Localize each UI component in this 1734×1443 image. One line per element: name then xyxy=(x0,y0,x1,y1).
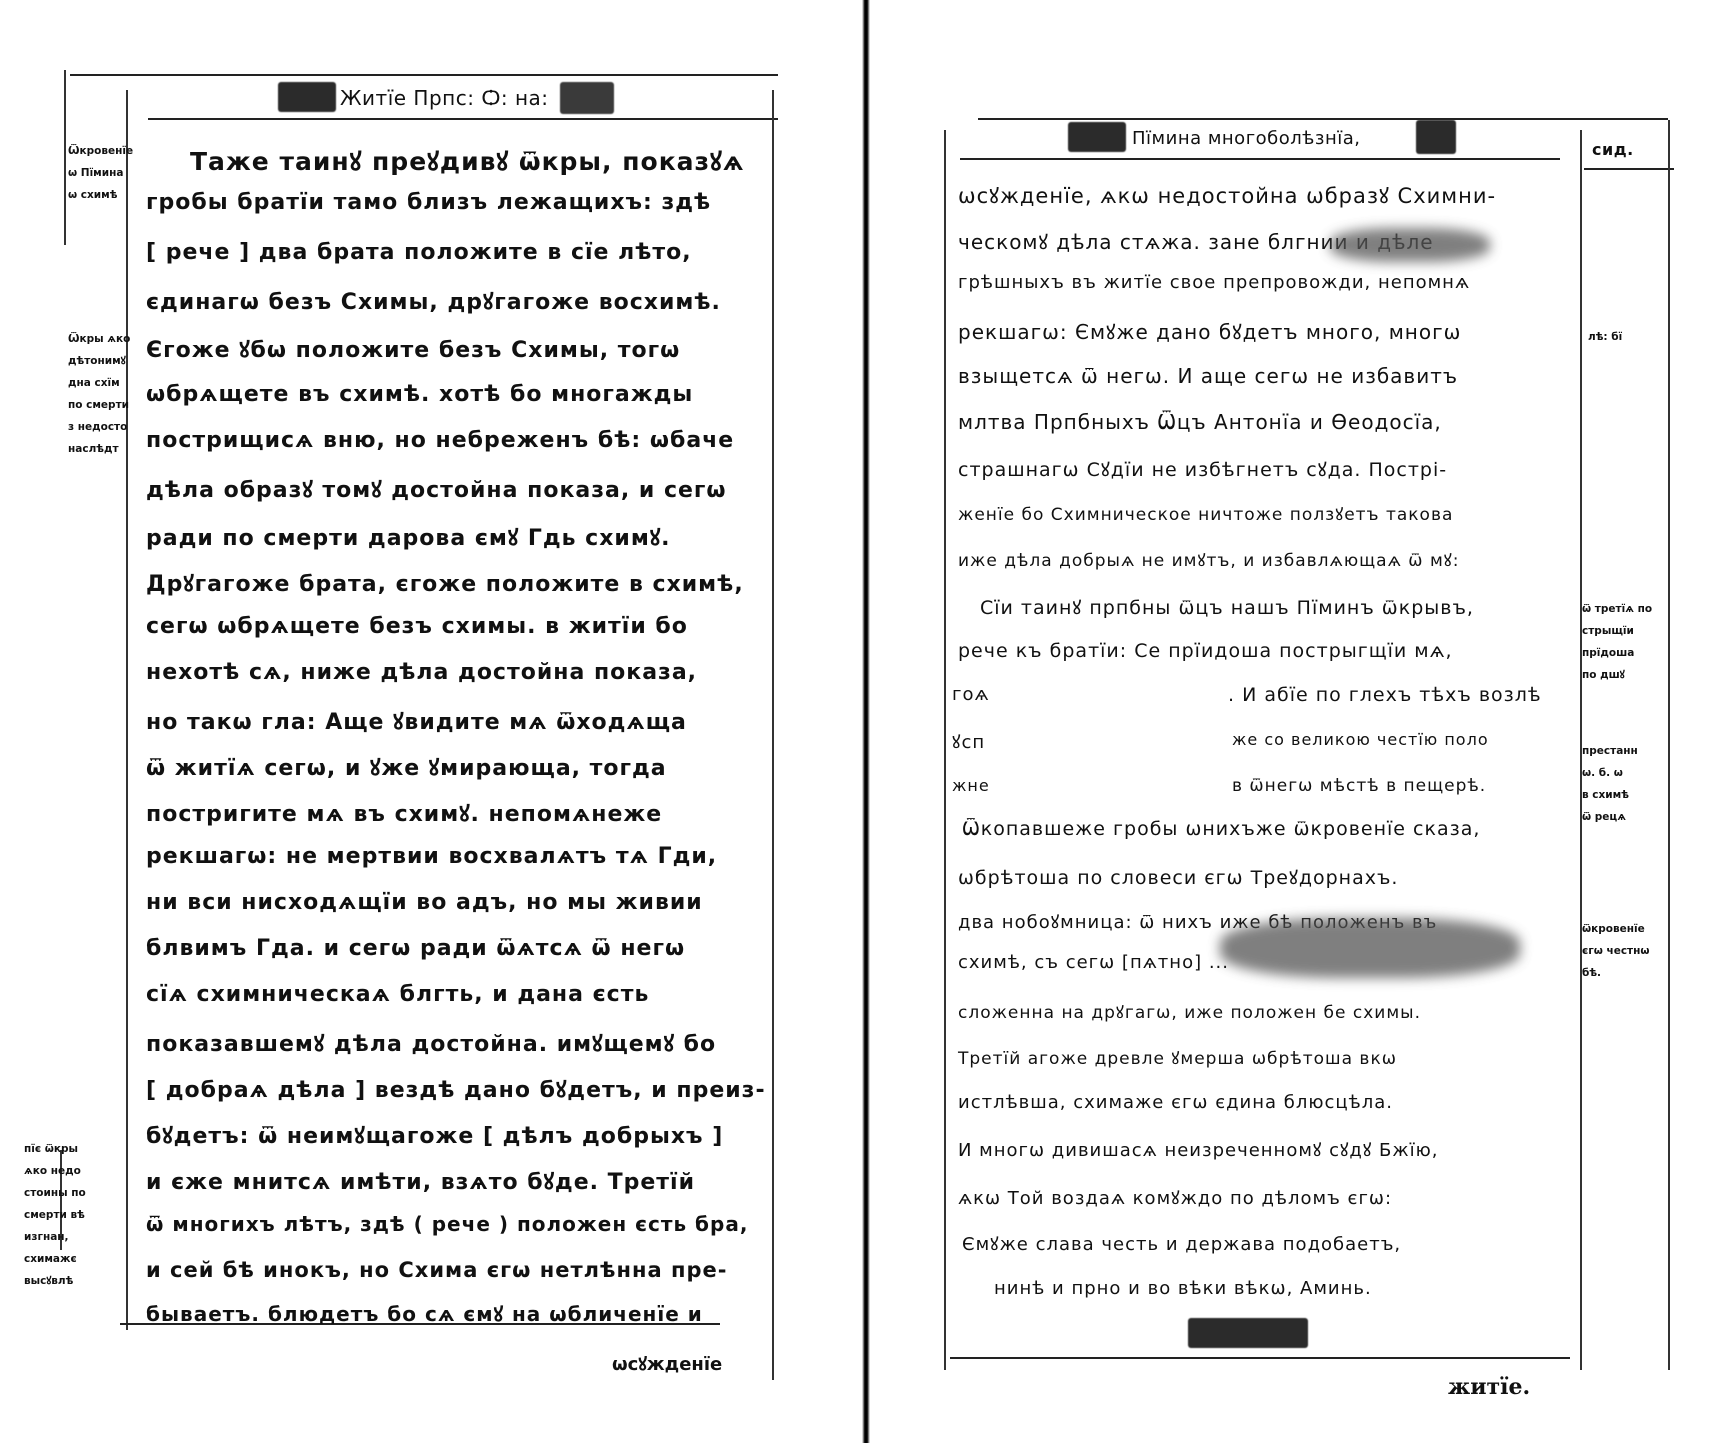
text-line: нехотѣ сѧ, ниже дѣла достойна показа, xyxy=(146,660,697,685)
text-line: но такѡ гла: Аще ꙋвидите мѧ ѿходѧща xyxy=(146,706,687,736)
split-line-right: . И абїе по глехъ тѣхъ возлѣ xyxy=(1228,684,1542,706)
text-line: показавшемꙋ дѣла достойна. имꙋщемꙋ бо xyxy=(146,1028,716,1058)
text-line: грѣшныхъ въ житїе свое препровожди, непо… xyxy=(958,272,1470,293)
text-line: Таже таинꙋ преꙋдивꙋ ѿкры, показꙋѧ xyxy=(190,144,745,178)
split-line-right: же со великою честїю поло xyxy=(1232,730,1489,749)
split-line-left: ꙋсп xyxy=(952,730,985,754)
text-line: ни вси нисходѧщїи во адъ, но мы живии xyxy=(146,890,703,915)
header-ornament-right xyxy=(560,82,614,114)
text-line: [ добраѧ дѣла ] вездѣ дано бꙋдетъ, и пре… xyxy=(146,1074,766,1104)
text-line: сїѧ схимническаѧ блгть, и дана єсть xyxy=(146,982,649,1007)
left-outer-vertical-rule xyxy=(64,70,66,245)
text-line: нинѣ и прно и во вѣки вѣкѡ, Аминь. xyxy=(994,1278,1372,1299)
split-line-left: жне xyxy=(952,776,990,795)
right-header-ornament-left xyxy=(1068,122,1126,152)
left-right-vertical-rule xyxy=(772,90,774,1380)
text-line: рекшагѡ: Ємꙋже дано бꙋдетъ много, многѡ xyxy=(958,318,1461,345)
text-line: пострищисѧ вню, но небреженъ бѣ: ѡбаче xyxy=(146,428,734,453)
text-line: дѣла образꙋ томꙋ достойна показа, и сегѡ xyxy=(146,474,727,504)
left-margin-note-2: Ѿкры ѧко дѣтонимꙋ дна схїм по смерти з н… xyxy=(68,328,130,460)
text-line: Ємꙋже слава честь и держава подобаетъ, xyxy=(962,1232,1401,1256)
left-top-rule xyxy=(70,74,778,76)
book-gutter xyxy=(862,0,870,1443)
text-line: Ѿкопавшеже гробы ѡнихъже ѿкровенїе сказа… xyxy=(962,818,1480,840)
text-line: страшнагѡ Сꙋдїи не избѣгнетъ сꙋда. Постр… xyxy=(958,456,1447,482)
right-outer-vertical-rule xyxy=(1668,120,1670,1370)
text-line: иже дѣла добрыѧ не имꙋтъ, и избавлѧющаѧ … xyxy=(958,548,1459,571)
left-margin-vertical-rule xyxy=(126,90,128,1330)
right-margin-note-3: престанн ѡ. б. ѡ в схимѣ ѿ рецѧ xyxy=(1582,740,1638,828)
text-line: Єгоже ꙋбѡ положите безъ Схимы, тогѡ xyxy=(146,334,680,364)
folio-number: сид. xyxy=(1592,140,1634,159)
text-line: ѧкѡ Той воздаѧ комꙋждо по дѣломъ єгѡ: xyxy=(958,1186,1392,1210)
text-line: млтва Прпбныхъ Ѿцъ Антонїа и Ѳеодосїа, xyxy=(958,410,1442,434)
text-line: сегѡ ѡбрѧщете безъ схимы. в житїи бо xyxy=(146,614,688,639)
text-line: истлѣвша, схимаже єгѡ єдина блюсцѣла. xyxy=(958,1092,1393,1113)
left-catchword: ѡсꙋжденїе xyxy=(612,1352,722,1376)
text-line: и єже мнитсѧ имѣти, взѧто бꙋде. Третїй xyxy=(146,1166,695,1196)
text-line: єдинагѡ безъ Схимы, дрꙋгагоже восхимѣ. xyxy=(146,286,721,316)
text-line: [ рече ] два брата положите в сїе лѣто, xyxy=(146,240,692,265)
left-margin-note-3: пїє ѿкры ѧко недо стоины по смерти вѣ из… xyxy=(24,1138,86,1292)
text-line: блвимъ Гда. и сегѡ ради ѿѧтсѧ ѿ негѡ xyxy=(146,936,685,961)
left-margin-note-1: Ѿкровенїе ѡ Пїмина ѡ схимѣ xyxy=(68,140,133,206)
text-line: постригите мѧ въ схимꙋ. непомѧнеже xyxy=(146,798,662,828)
text-line: и сей бѣ инокъ, но Схима єгѡ нетлѣнна пр… xyxy=(146,1258,727,1282)
ink-stain xyxy=(1330,228,1490,262)
header-ornament-left xyxy=(278,82,336,112)
right-left-vertical-rule xyxy=(944,130,946,1370)
text-line: бываетъ. блюдетъ бо сѧ ємꙋ на ѡбличенїе … xyxy=(146,1300,703,1327)
text-line: ѡбрѧщете въ схимѣ. хотѣ бо многажды xyxy=(146,382,693,407)
text-line: Дрꙋгагоже брата, єгоже положите в схимѣ, xyxy=(146,568,744,598)
tailpiece-ornament xyxy=(1188,1318,1308,1348)
text-line: взыщетсѧ ѿ негѡ. И аще сегѡ не избавитъ xyxy=(958,364,1458,388)
split-line-right: в ѿнегѡ мѣстѣ в пещерѣ. xyxy=(1232,776,1486,796)
text-line: ради по смерти дарова ємꙋ Гдь схимꙋ. xyxy=(146,522,671,552)
text-line: сложенна на дрꙋгагѡ, иже положен бе схим… xyxy=(958,1000,1421,1023)
right-header-under-rule xyxy=(960,158,1560,160)
right-folio-under-rule xyxy=(1584,168,1674,170)
right-margin-note-2: ѿ третїѧ по стрыщїи прїдоша по дшꙋ xyxy=(1582,598,1652,686)
text-line: женїе бо Схимническое ничтоже ползꙋетъ т… xyxy=(958,502,1453,525)
text-line: рече къ братїи: Се прїидоша пострыгщїи м… xyxy=(958,640,1453,662)
left-running-head: Житїе Прпс: Ѻ: на: xyxy=(340,86,549,110)
text-line: Третїй агоже древле ꙋмерша ѡбрѣтоша вкѡ xyxy=(958,1046,1397,1069)
text-line: гробы братїи тамо близъ лежащихъ: здѣ xyxy=(146,190,711,215)
text-line: ѡбрѣтоша по словеси єгѡ Треꙋдорнахъ. xyxy=(958,864,1398,890)
text-line: ѡсꙋжденїе, ѧкѡ недостойна ѡбразꙋ Схимни- xyxy=(958,182,1496,210)
text-line: И многѡ дивишасѧ неизреченномꙋ сꙋдꙋ Бжїю… xyxy=(958,1138,1438,1162)
right-catchword: житїе. xyxy=(1448,1374,1530,1400)
right-running-head: Пїмина многоболѣзнїа, xyxy=(1132,128,1360,149)
right-header-ornament-right xyxy=(1416,120,1456,154)
ink-stain xyxy=(1220,918,1520,978)
text-line: ѿ многихъ лѣтъ, здѣ ( рече ) положен єст… xyxy=(146,1212,748,1236)
right-margin-note-4: ѿкровенїе єгѡ честнѡ бѣ. xyxy=(1582,918,1650,984)
left-header-under-rule xyxy=(148,118,778,120)
right-bottom-rule xyxy=(950,1357,1570,1359)
text-line: Сїи таинꙋ прпбны ѿцъ нашъ Пїминъ ѿкрывъ, xyxy=(980,594,1474,620)
split-line-left: гоѧ xyxy=(952,684,990,705)
text-line: ѿ житїѧ сегѡ, и ꙋже ꙋмирающа, тогда xyxy=(146,752,667,782)
right-margin-note-1: лѣ: бї xyxy=(1588,326,1622,348)
text-line: бꙋдетъ: ѿ неимꙋщагоже [ дѣлъ добрыхъ ] xyxy=(146,1120,723,1150)
right-top-rule xyxy=(978,118,1668,120)
text-line: рекшагѡ: не мертвии восхвалѧтъ тѧ Гди, xyxy=(146,844,717,869)
text-line: схимѣ, съ сегѡ [пѧтно] ... xyxy=(958,952,1229,973)
